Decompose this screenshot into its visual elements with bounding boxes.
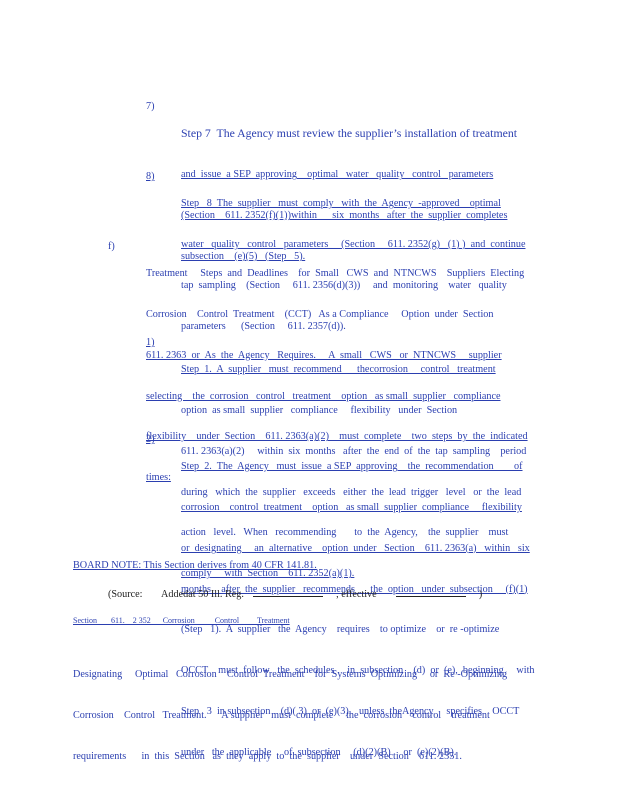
source-effective: , effective — [336, 589, 377, 600]
section-body-line: requirements in this Section as they app… — [73, 750, 507, 764]
effective-date-blank — [396, 586, 466, 597]
source-open: (Source: — [108, 589, 143, 600]
section-heading: Section 611. 2 352 Corrosion Control Tre… — [73, 614, 319, 628]
section-body: Designating Optimal Corrosion Control Tr… — [73, 641, 507, 777]
source-close: ) — [479, 589, 482, 600]
item-number-8: 8) — [146, 170, 155, 184]
step-1-line: option as small supplier compliance flex… — [181, 404, 526, 418]
section-body-line: Designating Optimal Corrosion Control Tr… — [73, 668, 507, 682]
section-body-line: Corrosion Control Treatment. A supplier … — [73, 709, 507, 723]
step-1-line: Step 1. A supplier must recommend thecor… — [181, 363, 526, 377]
subsection-f-line: Treatment Steps and Deadlines for Small … — [146, 267, 528, 281]
item-number-2: 2) — [146, 433, 155, 447]
source-line: (Source: Addedat 50 Ill. Reg. , effectiv… — [108, 586, 482, 602]
register-blank — [253, 586, 323, 597]
subsection-f-line: Corrosion Control Treatment (CCT) As a C… — [146, 308, 528, 322]
board-note: BOARD NOTE: This Section derives from 40… — [73, 559, 317, 573]
item-letter-f: f) — [108, 240, 115, 254]
step-2-line: or designating an alternative option und… — [181, 542, 535, 556]
step-2-line: corrosion control treatment option as sm… — [181, 501, 535, 515]
step-8-line: Step 8 The supplier must comply with the… — [181, 197, 525, 211]
step-2-line: Step 2. The Agency must issue a SEP appr… — [181, 460, 535, 474]
item-number-1: 1) — [146, 336, 155, 350]
step-7-heading: Step 7 The Agency must review the suppli… — [181, 127, 517, 141]
item-number-7: 7) — [146, 100, 155, 114]
source-added: Addedat 50 Ill. Reg. — [161, 589, 244, 600]
